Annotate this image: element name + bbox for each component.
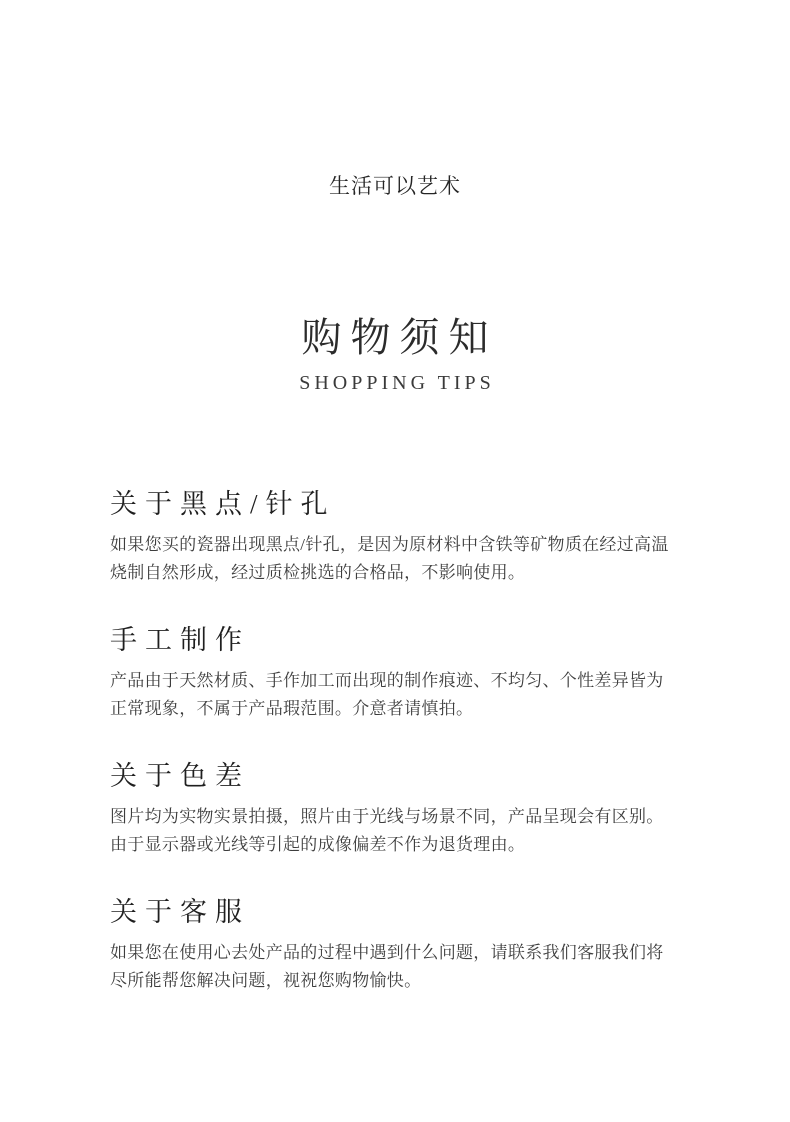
section-heading: 关于黑点/针孔 — [110, 487, 690, 522]
tips-sections: 关于黑点/针孔 如果您买的瓷器出现黑点/针孔，是因为原材料中含铁等矿物质在经过高… — [110, 487, 690, 995]
body-line: 正常现象，不属于产品瑕范围。介意者请慎拍。 — [110, 695, 690, 723]
body-line: 如果您在使用心去处产品的过程中遇到什么问题，请联系我们客服我们将 — [110, 939, 690, 967]
section-heading: 关于色差 — [110, 759, 690, 794]
section-black-dots: 关于黑点/针孔 如果您买的瓷器出现黑点/针孔，是因为原材料中含铁等矿物质在经过高… — [110, 487, 690, 587]
section-body: 如果您买的瓷器出现黑点/针孔，是因为原材料中含铁等矿物质在经过高温 烧制自然形成… — [110, 531, 690, 587]
body-line: 图片均为实物实景拍摄，照片由于光线与场景不同，产品呈现会有区别。 — [110, 803, 690, 831]
section-color-difference: 关于色差 图片均为实物实景拍摄，照片由于光线与场景不同，产品呈现会有区别。 由于… — [110, 759, 690, 859]
section-body: 如果您在使用心去处产品的过程中遇到什么问题，请联系我们客服我们将 尽所能帮您解决… — [110, 939, 690, 995]
body-line: 烧制自然形成，经过质检挑选的合格品，不影响使用。 — [110, 559, 690, 587]
page-title: 购物须知 — [0, 306, 790, 363]
body-line: 如果您买的瓷器出现黑点/针孔，是因为原材料中含铁等矿物质在经过高温 — [110, 531, 690, 559]
section-handmade: 手工制作 产品由于天然材质、手作加工而出现的制作痕迹、不均匀、个性差异皆为 正常… — [110, 623, 690, 723]
section-body: 图片均为实物实景拍摄，照片由于光线与场景不同，产品呈现会有区别。 由于显示器或光… — [110, 803, 690, 859]
body-line: 由于显示器或光线等引起的成像偏差不作为退货理由。 — [110, 831, 690, 859]
section-customer-service: 关于客服 如果您在使用心去处产品的过程中遇到什么问题，请联系我们客服我们将 尽所… — [110, 895, 690, 995]
section-body: 产品由于天然材质、手作加工而出现的制作痕迹、不均匀、个性差异皆为 正常现象，不属… — [110, 667, 690, 723]
body-line: 产品由于天然材质、手作加工而出现的制作痕迹、不均匀、个性差异皆为 — [110, 667, 690, 695]
page-subtitle: SHOPPING TIPS — [0, 372, 790, 395]
section-heading: 关于客服 — [110, 895, 690, 930]
section-heading: 手工制作 — [110, 623, 690, 658]
shopping-tips-page: 生活可以艺术 购物须知 SHOPPING TIPS 关于黑点/针孔 如果您买的瓷… — [0, 0, 790, 1122]
body-line: 尽所能帮您解决问题，视祝您购物愉快。 — [110, 967, 690, 995]
brand-tagline: 生活可以艺术 — [0, 0, 790, 200]
